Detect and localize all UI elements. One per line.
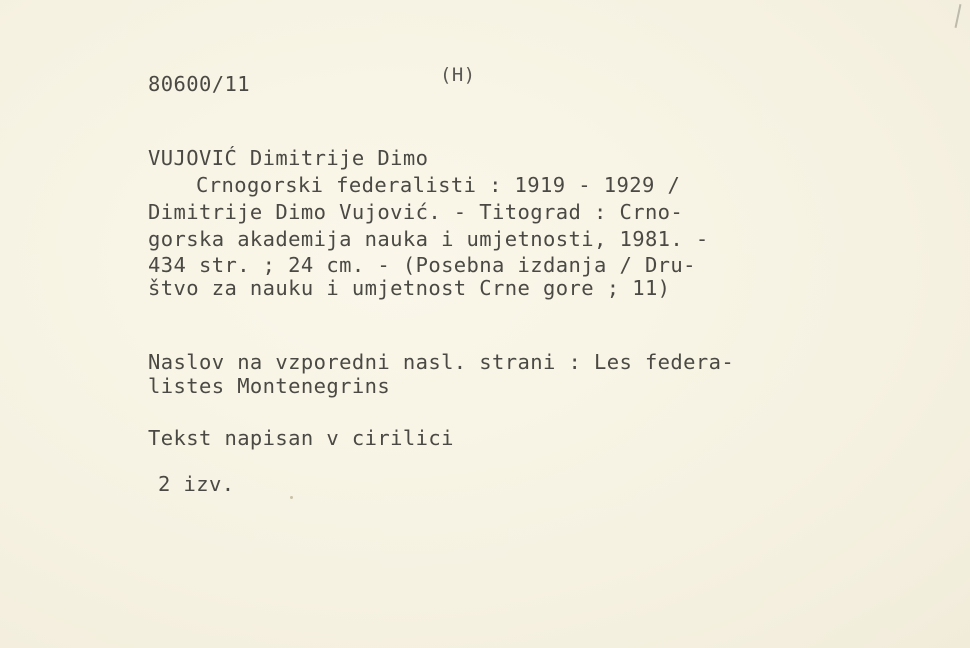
paper-speck [290, 496, 293, 499]
script-note: Tekst napisan v cirilici [148, 428, 454, 449]
heading-mark: (H) [440, 66, 476, 85]
author-heading: VUJOVIĆ Dimitrije Dimo [148, 148, 428, 169]
description-line: gorska akademija nauka i umjetnosti, 198… [148, 229, 709, 250]
description-line: Dimitrije Dimo Vujović. - Titograd : Crn… [148, 202, 683, 223]
call-number: 80600/11 [148, 74, 250, 95]
catalog-card: 80600/11 (H) VUJOVIĆ Dimitrije Dimo Crno… [0, 0, 970, 648]
parallel-title-note: Naslov na vzporedni nasl. strani : Les f… [148, 352, 734, 373]
description-line: štvo za nauku i umjetnost Crne gore ; 11… [148, 278, 670, 299]
holdings-count: 2 izv. [158, 474, 234, 495]
parallel-title-note: listes Montenegrins [148, 376, 390, 397]
description-line: Crnogorski federalisti : 1919 - 1929 / [196, 175, 680, 196]
description-line: 434 str. ; 24 cm. - (Posebna izdanja / D… [148, 255, 696, 276]
pencil-mark [955, 4, 962, 28]
